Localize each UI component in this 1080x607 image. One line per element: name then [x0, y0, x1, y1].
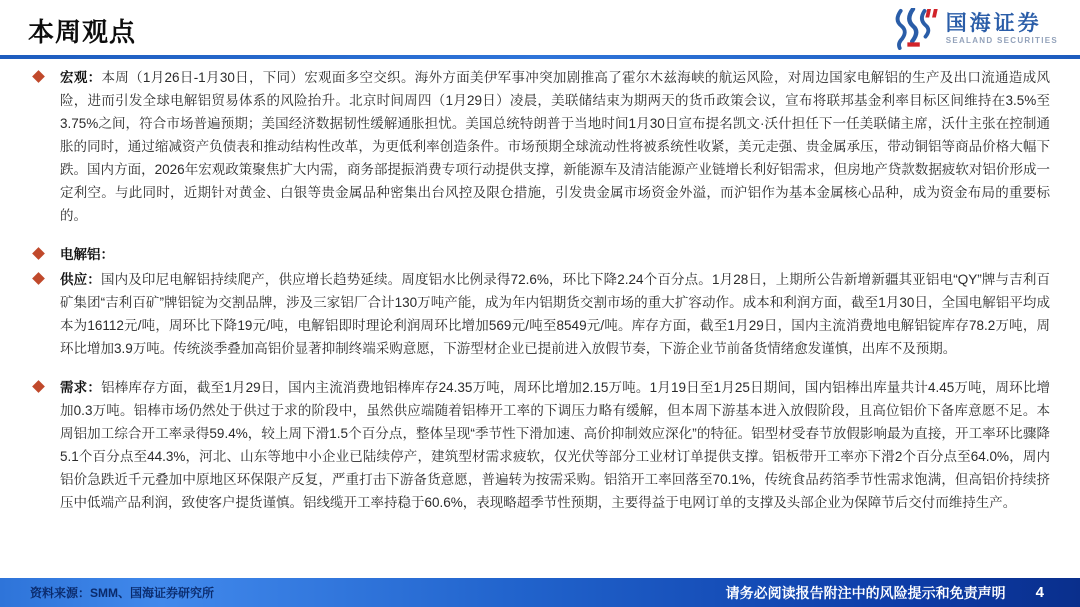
- slide-content: 宏观：本周（1月26日-1月30日，下同）宏观面多空交织。海外方面美伊军事冲突加…: [0, 52, 1080, 514]
- bullet-label: 电解铝：: [60, 247, 114, 262]
- footer-bar: 资料来源：SMM、国海证券研究所 请务必阅读报告附注中的风险提示和免责声明 4: [0, 578, 1080, 607]
- bullet-item-electrolytic-aluminum: 电解铝：: [30, 243, 1050, 266]
- bullet-text: 国内及印尼电解铝持续爬产，供应增长趋势延续。周度铝水比例录得72.6%，环比下降…: [60, 272, 1050, 356]
- bullet-text: 本周（1月26日-1月30日，下同）宏观面多空交织。海外方面美伊军事冲突加剧推高…: [60, 70, 1050, 223]
- diamond-bullet-icon: [32, 380, 45, 393]
- logo-text: 国海证券 SEALAND SECURITIES: [946, 13, 1058, 45]
- report-slide: 本周观点 国海证券 SEALAND SECURITIES 宏观：本周（1月26日…: [0, 0, 1080, 607]
- disclaimer-note: 请务必阅读报告附注中的风险提示和免责声明: [726, 583, 1006, 603]
- logo-en: SEALAND SECURITIES: [946, 37, 1058, 45]
- bullet-item-macro: 宏观：本周（1月26日-1月30日，下同）宏观面多空交织。海外方面美伊军事冲突加…: [30, 66, 1050, 227]
- title-underline: [0, 55, 1080, 59]
- bullet-item-supply: 供应：国内及印尼电解铝持续爬产，供应增长趋势延续。周度铝水比例录得72.6%，环…: [30, 268, 1050, 360]
- page-number: 4: [1036, 584, 1044, 601]
- bullet-label: 需求：: [60, 380, 101, 395]
- logo-mark-icon: [892, 8, 938, 50]
- diamond-bullet-icon: [32, 247, 45, 260]
- bullet-label: 宏观：: [60, 70, 101, 85]
- bullet-text: 铝棒库存方面，截至1月29日，国内主流消费地铝棒库存24.35万吨，周环比增加2…: [60, 380, 1050, 510]
- page-title: 本周观点: [28, 12, 136, 49]
- bullet-label: 供应：: [60, 272, 101, 287]
- logo-cn: 国海证券: [946, 13, 1058, 34]
- bullet-item-demand: 需求：铝棒库存方面，截至1月29日，国内主流消费地铝棒库存24.35万吨，周环比…: [30, 376, 1050, 514]
- sealand-logo: 国海证券 SEALAND SECURITIES: [892, 8, 1058, 50]
- slide-header: 本周观点 国海证券 SEALAND SECURITIES: [0, 0, 1080, 52]
- diamond-bullet-icon: [32, 70, 45, 83]
- source-note: 资料来源：SMM、国海证券研究所: [30, 584, 214, 601]
- diamond-bullet-icon: [32, 272, 45, 285]
